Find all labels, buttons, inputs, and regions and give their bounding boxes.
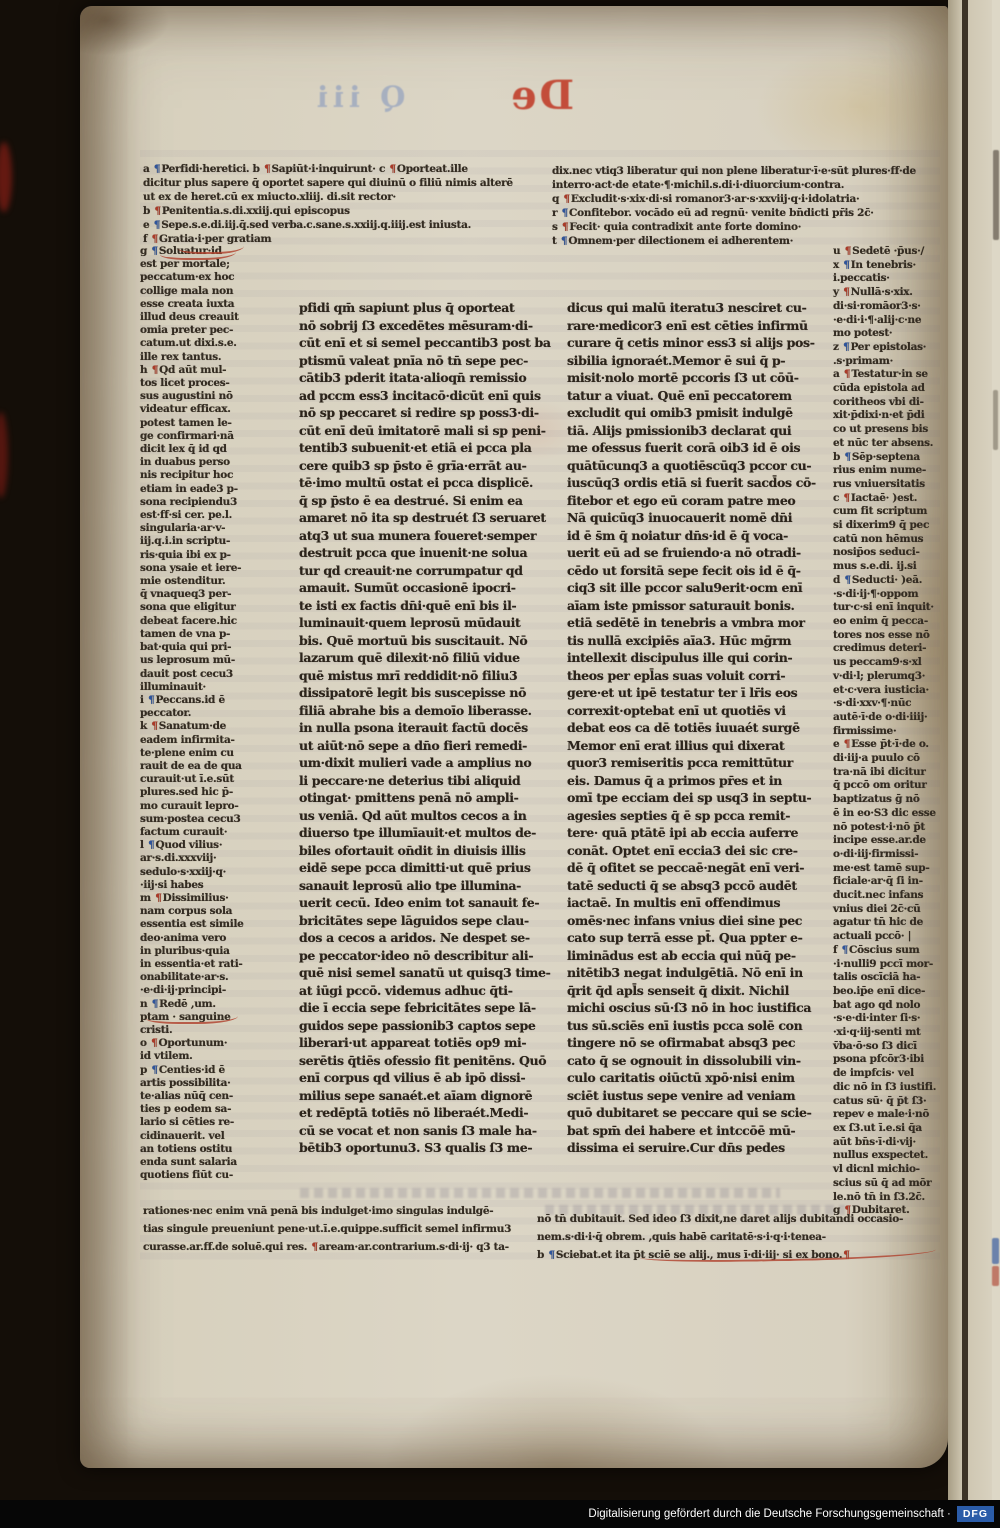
text-line: e ¶Sepe.s.e.di.iij.q̄.sed verba.c.sane.s…	[143, 218, 533, 232]
text-line: xit·p̄dixi·n·et p̄di	[833, 409, 943, 423]
next-page-red-text-sliver	[992, 1266, 999, 1286]
text-line: repev e male·i·nō	[833, 1108, 943, 1122]
blue-pilcrow-icon: ¶	[153, 219, 161, 231]
text-line: ties p eodem sa-	[140, 1103, 298, 1116]
text-line: Memor enī erat illius qui dixerat	[567, 737, 810, 755]
blue-pilcrow-icon: ¶	[560, 235, 568, 247]
text-line: correxit·optebat enī ut quotiēs vi	[567, 702, 810, 720]
text-line: debat eos ca dē totiēs iuuaét surgē	[567, 719, 810, 737]
dfg-logo: DFG	[957, 1506, 994, 1522]
text-line: rare·medicor3 enī est cēties infirmū	[567, 317, 810, 335]
text-line: f ¶Gratia·i·per gratiam	[143, 232, 533, 246]
text-line: aīam iste pmissor saturauit bonis.	[567, 597, 810, 615]
text-line: rauit de ea de qua	[140, 760, 298, 773]
text-line: quē mistus mrī reddidit·nō filiu3	[299, 667, 529, 685]
text-line: ·e·di·ij·principi-	[140, 984, 298, 997]
text-line: bat ago qd nolo	[833, 999, 943, 1013]
dfg-credit-bar: Digitalisierung gefördert durch die Deut…	[0, 1500, 1000, 1528]
text-line: di·si·romāor3·s·	[833, 300, 943, 314]
text-line: co ut presens bis	[833, 423, 943, 437]
text-line: vnius diei 2c̄·cū	[833, 903, 943, 917]
text-line: me ofessus fuerit corā oib3 id ē ois	[567, 439, 810, 457]
text-line: potest tamen le-	[140, 417, 298, 430]
text-line: pe peccator·ideo nō describitur ali-	[299, 947, 529, 965]
text-line: ·e·di·i·¶·alij·c·ne	[833, 314, 943, 328]
text-line: cidinauerit. vel	[140, 1130, 298, 1143]
red-pilcrow-icon: ¶	[154, 892, 162, 904]
text-line: catus sū· q̄ p̄t ſ3·	[833, 1095, 943, 1109]
text-line: curauit·ut ī.e.sūt	[140, 773, 298, 786]
text-line: in essentia·et rati-	[140, 958, 298, 971]
text-line: nullus exspectet.	[833, 1149, 943, 1163]
text-line: ·s·di·ij·¶·oppom	[833, 588, 943, 602]
text-line: sciēt iustus sepe venire ad veniam	[567, 1087, 810, 1105]
text-line: k ¶Sanatum·de	[140, 720, 298, 733]
text-line: ·iij·si habes	[140, 879, 298, 892]
text-line: omia preter pec-	[140, 324, 298, 337]
text-line: milius sepe sanaét.et aīam dignorē	[299, 1087, 529, 1105]
red-pilcrow-icon: ¶	[388, 163, 396, 175]
text-line: et·c·vera iusticia·	[833, 684, 943, 698]
text-line: filiā abrahe bis a demoīo liberasse.	[299, 702, 529, 720]
text-line: sona que eligitur	[140, 601, 298, 614]
text-line: iuscūq3 ordis etiā si fuerit sacd̄os cō-	[567, 474, 810, 492]
text-line: tores nos esse nō	[833, 629, 943, 643]
blue-pilcrow-icon: ¶	[153, 163, 161, 175]
text-line: .s·primam·	[833, 355, 943, 369]
text-line: dicitur plus sapere q̄ oportet sapere qu…	[143, 176, 533, 190]
showthrough-quire-mark: Q iii	[312, 80, 405, 114]
text-line: guidos sepe passionib3 captos sepe	[299, 1017, 529, 1035]
text-line: theos per epl̄as suas voluit corri-	[567, 667, 810, 685]
text-line: baptizatus ḡ nō	[833, 793, 943, 807]
verso-showthrough-line	[300, 1188, 780, 1198]
text-line: uerit eū ad se fruiendo·a nō otradi-	[567, 544, 810, 562]
text-line: n ¶Redē ,um.	[140, 998, 298, 1011]
text-line: lario si cēties re-	[140, 1116, 298, 1129]
text-line: nō sobrij ſ3 excedētes mēsuram·di-	[299, 317, 529, 335]
text-line: sus augustini nō	[140, 390, 298, 403]
red-pilcrow-icon: ¶	[843, 738, 851, 750]
text-line: dic nō in ſ3 iustifi.	[833, 1081, 943, 1095]
text-line: f ¶Cōscius sum	[833, 944, 943, 958]
text-line: factum curauit·	[140, 826, 298, 839]
text-line: beo.ip̄e enī dice-	[833, 985, 943, 999]
text-line: uerit cecū. Ideo enim tot sanauit fe-	[299, 894, 529, 912]
text-line: v·di·l; plerumq3·	[833, 670, 943, 684]
text-line: destruit pcca que inuenit·ne solua	[299, 544, 529, 562]
text-line: us veniā. Qd aūt multos cecos a in	[299, 807, 529, 825]
text-line: debeat facere.hic	[140, 615, 298, 628]
text-line: eo enim q̄ pecca-	[833, 615, 943, 629]
blue-pilcrow-icon: ¶	[547, 1249, 555, 1261]
text-line: cātib3 pderit itata·alioqn̄ remissio	[299, 369, 529, 387]
text-line: nis recipitur hoc	[140, 469, 298, 482]
blue-pilcrow-icon: ¶	[841, 944, 849, 956]
text-line: atq3 ut sua munera foueret·semper	[299, 527, 529, 545]
text-line: c ¶Iactaē· )est.	[833, 492, 943, 506]
text-line: ar·s.di.xxxviij·	[140, 852, 298, 865]
text-line: sibilia ignoraét.Memor ē sui q̄ p-	[567, 352, 810, 370]
text-line: michi oscius sū·ſ3 nō in hoc iustifica	[567, 999, 810, 1017]
text-line: Nā quicūq3 inuocauerit nomē dn̄i	[567, 509, 810, 527]
showthrough-running-title: De	[508, 72, 574, 119]
text-line: ille rex tantus.	[140, 351, 298, 364]
text-line: vl dicnl michio-	[833, 1163, 943, 1177]
text-line: cēdo ut forsitā sepe fecit ois id ē q̄-	[567, 562, 810, 580]
text-line: tatur a viuat. Quē enī peccatorem	[567, 387, 810, 405]
text-line: tus sū.sciēs enī iustis pcca solē con	[567, 1017, 810, 1035]
text-line: ex ſ3.ut ī.e.si q̄a	[833, 1122, 943, 1136]
text-line: in pluribus·quia	[140, 945, 298, 958]
text-line: tias singule preueniunt pene·ut.ī.e.quip…	[143, 1220, 535, 1238]
text-line: quē nisi semel sanatū ut quisq3 time-	[299, 964, 529, 982]
text-line: serētis q̄tiēs ofessio fit penitēns. Quō	[299, 1052, 529, 1070]
text-line: omī tpe ecciam dei sp usq3 in septu-	[567, 789, 810, 807]
text-line: rius enim nume-	[833, 464, 943, 478]
text-line: ris·quia ibi ex p-	[140, 549, 298, 562]
text-line: mo curauit lepro-	[140, 800, 298, 813]
text-line: dix.nec vtiq3 liberatur qui non plene li…	[552, 164, 942, 178]
text-line: tatē seducti q̄ se absq3 pccō audēt	[567, 877, 810, 895]
text-line: le.nō tn̄ in ſ3.2c̄.	[833, 1191, 943, 1205]
text-line: scius sū q̄ ad mōr	[833, 1177, 943, 1191]
next-page-text-sliver	[993, 150, 999, 240]
text-line: id ē s̄m q̄ noiatur dn̄s·id ē q̄ voca-	[567, 527, 810, 545]
text-line: ē in eo·S3 dic esse	[833, 807, 943, 821]
text-line: ·s·di·xxv·¶·nūc	[833, 697, 943, 711]
text-line: nō tn̄ dubitauit. Sed ideo ſ3 dixit,ne d…	[537, 1210, 935, 1228]
text-line: illuminauit·	[140, 681, 298, 694]
text-line: videatur efficax.	[140, 403, 298, 416]
text-line: si dixerim9 q̄ pec	[833, 519, 943, 533]
text-line: et redēptā totiēs nō liberaét.Medi-	[299, 1104, 529, 1122]
text-line: coritheos vbi di-	[833, 396, 943, 410]
text-line: artis possibilita·	[140, 1077, 298, 1090]
text-line: intellexit discipulus ille qui corin-	[567, 649, 810, 667]
text-line: tere· quā ptātē ipi ab eccia auferre	[567, 824, 810, 842]
blue-pilcrow-icon: ¶	[150, 245, 158, 257]
text-line: de impfcis· vel	[833, 1067, 943, 1081]
text-line: dos a cecos a aridos. Ne despet se-	[299, 929, 529, 947]
text-line: tur·c·si enī inquit·	[833, 601, 943, 615]
blue-pilcrow-icon: ¶	[842, 341, 850, 353]
text-line: enda sunt salaria	[140, 1156, 298, 1169]
text-line: conāt. Optet enī eccia3 dei sic cre-	[567, 842, 810, 860]
text-line: me·est tamē sup-	[833, 862, 943, 876]
text-line: cristi.	[140, 1024, 298, 1037]
text-line: ut ex de heret.cū ex miucto.xliij. di.si…	[143, 190, 533, 204]
text-line: dauit post cecu3	[140, 668, 298, 681]
text-line: q̄rit q̄d apl̄s senseit q̄ dixit. Nichil	[567, 982, 810, 1000]
text-line: ducit.nec infans	[833, 889, 943, 903]
text-line: catū non hēmus	[833, 533, 943, 547]
photograph-of-open-book: Q iii De a ¶Perfidi·heretici. b ¶Sapiūt·…	[0, 0, 1000, 1528]
gloss-left-margin: g ¶Soluatur·idest per mortale;peccatum·e…	[140, 245, 298, 1182]
text-line: bricitātes sepe lāguidos sepe clau-	[299, 912, 529, 930]
red-pilcrow-icon: ¶	[562, 193, 570, 205]
page-edge	[948, 0, 962, 1500]
text-line: pfidi qm̄ sapiunt plus q̄ oporteat	[299, 299, 529, 317]
text-line: nō potest·i·nō p̄t	[833, 821, 943, 835]
text-line: etiam in eade3 p-	[140, 483, 298, 496]
blue-pilcrow-icon: ¶	[843, 451, 851, 463]
text-line: tē·imo multū ostat ei pcca displicē.	[299, 474, 529, 492]
text-line: ficiale·ar·q̄ ſi in-	[833, 875, 943, 889]
text-line: cūt enī et si semel peccantib3 post ba	[299, 334, 529, 352]
text-line: dē q̄ ofitet se peccaē·negāt enī veri-	[567, 859, 810, 877]
text-line: bat spm̄ dei habere et intccōē mū-	[567, 1122, 810, 1140]
text-line: q̄ pccō om oritur	[833, 779, 943, 793]
text-line: z ¶Per epistolas·	[833, 341, 943, 355]
text-line: nō sp peccaret si redire sp poss3·di-	[299, 404, 529, 422]
gloss-top-right: dix.nec vtiq3 liberatur qui non plene li…	[552, 164, 942, 248]
text-line: liminādus est ab eccia qui nūq̄ pe-	[567, 947, 810, 965]
gloss-right-margin: u ¶Sedetē ·p̄us·/x ¶In tenebris·i.peccat…	[833, 245, 943, 1218]
text-line: eadem infirmita-	[140, 734, 298, 747]
text-line: sum·postea cecu3	[140, 813, 298, 826]
red-pilcrow-icon: ¶	[150, 1037, 158, 1049]
text-line: te·alias nūq̄ cen-	[140, 1090, 298, 1103]
text-line: q ¶Excludit·s·xix·di·si romanor3·ar·s·xx…	[552, 192, 942, 206]
text-line: y ¶Nullā·s·xix.	[833, 286, 943, 300]
text-line: te isti ex factis dn̄i·quē enī bis il-	[299, 597, 529, 615]
text-line: talis oscīciā ha-	[833, 971, 943, 985]
text-line: actuali pccō· |	[833, 930, 943, 944]
text-line: curasse.ar.ff.de soluē.qui res. ¶aream·a…	[143, 1238, 535, 1256]
text-line: dicus qui malū iteratu3 nesciret cu-	[567, 299, 810, 317]
blue-pilcrow-icon: ¶	[151, 998, 159, 1010]
text-line: quotiens fiūt cu-	[140, 1169, 298, 1182]
text-line: agatur tn̄ hic de	[833, 916, 943, 930]
text-line: quor3 remiseritis pcca remittūtur	[567, 754, 810, 772]
text-line: e ¶Esse p̄t·ī·de o.	[833, 738, 943, 752]
text-line: rus vniuersitatis	[833, 478, 943, 492]
text-line: cū se vocat et non sanis ſ3 male ha-	[299, 1122, 529, 1140]
text-line: q̄ sp p̄sto ē ea destrué. Si enim ea	[299, 492, 529, 510]
text-line: tis nullā excipiēs aīa3. Hūc mḡrm	[567, 632, 810, 650]
text-line: eis. Damus q̄ a primos pr̄es et in	[567, 772, 810, 790]
red-pilcrow-icon: ¶	[844, 245, 852, 257]
text-line: ut aiūt·nō sepe a dn̄o fieri remedi-	[299, 737, 529, 755]
text-line: collige mala non	[140, 285, 298, 298]
text-line: h ¶Qd aūt mul-	[140, 364, 298, 377]
text-line: credimus deteri-	[833, 642, 943, 656]
text-line: die ī eccia sepe febricitātes sepe lā-	[299, 999, 529, 1017]
next-page-blue-initial-sliver	[992, 1238, 999, 1264]
text-line: te·plene enim cu	[140, 747, 298, 760]
text-line: li peccare·ne deterius tibi aliquid	[299, 772, 529, 790]
text-line: tiā. Alijs pmissionib3 declarat qui	[567, 422, 810, 440]
text-line: tamen de vna p-	[140, 628, 298, 641]
text-line: amauit. Sumūt occasionē ipocri-	[299, 579, 529, 597]
text-line: d ¶Seducti· )eā.	[833, 574, 943, 588]
text-line: tra·nā ibi dicitur	[833, 766, 943, 780]
text-line: culo caritatis oiūctū xpō·nisi enim	[567, 1069, 810, 1087]
text-line: iactaē. In multis enī offendimus	[567, 894, 810, 912]
text-line: iij.q.i.in scriptu-	[140, 535, 298, 548]
text-line: psona pfcōr3·ibi	[833, 1053, 943, 1067]
text-line: est per mortale;	[140, 258, 298, 271]
text-line: an totiens ostitu	[140, 1143, 298, 1156]
text-line: esse creata iuxta	[140, 298, 298, 311]
text-line: est·ff·si cer. pe.l.	[140, 509, 298, 522]
text-line: q̄ vnaqueq3 per-	[140, 588, 298, 601]
text-line: interro·act·de etate·¶·michil.s.di·i·diu…	[552, 178, 942, 192]
text-line: incipe esse.ar.de	[833, 834, 943, 848]
red-pilcrow-icon: ¶	[842, 286, 850, 298]
text-line: cūt enī deū imitatorē mali si sp peni-	[299, 422, 529, 440]
text-line: a ¶Perfidi·heretici. b ¶Sapiūt·i·inquiru…	[143, 162, 533, 176]
text-line: m ¶Dissimilius·	[140, 892, 298, 905]
text-line: at iūgi pccō. videmus adhuc q̄ti-	[299, 982, 529, 1000]
text-line: u ¶Sedetē ·p̄us·/	[833, 245, 943, 259]
text-line: in nulla psona iterauit factū docēs	[299, 719, 529, 737]
text-line: b ¶Penitentia.s.di.xxiij.qui episcopus	[143, 204, 533, 218]
text-line: mus s.e.di. ij.si	[833, 560, 943, 574]
text-line: excludit qui omib3 pmisit indulgē	[567, 404, 810, 422]
text-line: deo·anima vero	[140, 932, 298, 945]
text-line: bis. Quē mortuū bis suscitauit. Nō	[299, 632, 529, 650]
red-pilcrow-icon: ¶	[561, 221, 569, 233]
text-line: o·di·iij·firmissi-	[833, 848, 943, 862]
text-line: dissipatorē legit bis suscepisse nō	[299, 684, 529, 702]
text-line: enī corpus qd vilius ē ab ipō dissi-	[299, 1069, 529, 1087]
text-line: ·i·nulli9 pccī mor-	[833, 958, 943, 972]
red-edge-smudge	[0, 412, 8, 498]
text-line: nam corpus sola	[140, 905, 298, 918]
text-line: p ¶Centies·id ē	[140, 1064, 298, 1077]
text-column-2: dicus qui malū iteratu3 nesciret cu-rare…	[567, 299, 810, 1157]
red-pilcrow-icon: ¶	[153, 205, 161, 217]
text-line: dissima ei seruire.Cur dn̄s pedes	[567, 1139, 810, 1157]
red-pilcrow-icon: ¶	[843, 368, 851, 380]
text-line: essentia est simile	[140, 918, 298, 931]
text-line: et nūc ter absens.	[833, 437, 943, 451]
text-line: etiā sedētē in tenebris a vmbra mor	[567, 614, 810, 632]
text-line: nosip̄os seduci-	[833, 546, 943, 560]
text-line: tingere nō se ofirmabat absq3 pec	[567, 1034, 810, 1052]
text-line: autē·ī·de o·di·iiij·	[833, 711, 943, 725]
text-line: i ¶Peccans.id ē	[140, 694, 298, 707]
red-pilcrow-icon: ¶	[151, 364, 159, 376]
text-line: s ¶Fecit· quia contradixit ante forte do…	[552, 220, 942, 234]
text-line: us peccam9·s·xl	[833, 656, 943, 670]
red-pilcrow-icon: ¶	[843, 492, 851, 504]
text-line: dicit lex q̄ id qd	[140, 443, 298, 456]
text-line: bētib3 oportunu3. S3 qualis ſ3 me-	[299, 1139, 529, 1157]
text-line: illud deus creauit	[140, 311, 298, 324]
red-pilcrow-icon: ¶	[150, 720, 158, 732]
text-column-1: pfidi qm̄ sapiunt plus q̄ oporteatnō sob…	[299, 299, 529, 1157]
text-line: lazarum quē dilexit·nō filiū vidue	[299, 649, 529, 667]
text-line: fitebor et ego eū coram patre meo	[567, 492, 810, 510]
text-line: curare q̄ cetis minor ess3 si alijs pos-	[567, 334, 810, 352]
text-line: agesies septies q̄ ē sp pcca remit-	[567, 807, 810, 825]
text-line: diuerso tpe illumīauit·et multos de-	[299, 824, 529, 842]
text-line: singularia·ar·v-	[140, 522, 298, 535]
credit-text: Digitalisierung gefördert durch die Deut…	[588, 1508, 950, 1520]
text-line: catum.ut dixi.s.e.	[140, 337, 298, 350]
text-line: cato q̄ se ognouit in dissolubili vin-	[567, 1052, 810, 1070]
text-line: rationes·nec enim vnā penā bis indulget·…	[143, 1202, 535, 1220]
text-line: l ¶Quod vilius·	[140, 839, 298, 852]
text-line: tentib3 subuenit·et etiā ei pcca pla	[299, 439, 529, 457]
text-line: luminauit·quem leprosū mūdauit	[299, 614, 529, 632]
text-line: mo potest·	[833, 327, 943, 341]
text-line: peccator.	[140, 707, 298, 720]
blue-pilcrow-icon: ¶	[147, 839, 155, 851]
text-line: ge confirmari·nā	[140, 430, 298, 443]
text-line: id vtilem.	[140, 1050, 298, 1063]
text-line: i.peccatis·	[833, 272, 943, 286]
text-line: biles ofortauit on̄dit in diuisis illis	[299, 842, 529, 860]
blue-pilcrow-icon: ¶	[561, 207, 569, 219]
text-line: b ¶Sēp·septena	[833, 451, 943, 465]
text-line: sona recipiendu3	[140, 496, 298, 509]
text-line: nem.s·di·i·q̄ obrem. ,quis habē caritatē…	[537, 1228, 935, 1246]
text-line: liberari·ut appareat totiēs op9 mi-	[299, 1034, 529, 1052]
text-line: cum fit scriptum	[833, 505, 943, 519]
blue-pilcrow-icon: ¶	[150, 1064, 158, 1076]
text-line: ptismū valeat pnīa nō tn̄ sepe pec-	[299, 352, 529, 370]
text-line: onabilitate·ar·s.	[140, 971, 298, 984]
text-line: us leprosum mū-	[140, 654, 298, 667]
text-line: plures.sed hic p̄-	[140, 786, 298, 799]
text-line: gere·et ut ipē testatur ter ī lr̄is eos	[567, 684, 810, 702]
text-line: ciq3 sit ille pccor salu9erit·ocm enī	[567, 579, 810, 597]
text-line: di·iij·a puulo cō	[833, 752, 943, 766]
text-line: misit·nolo mortē pccoris ſ3 ut cōū-	[567, 369, 810, 387]
text-line: sedulo·s·xxiij·q·	[140, 866, 298, 879]
text-line: ad pccm ess3 incitacō·dicūt enī quis	[299, 387, 529, 405]
text-line: ·xi·q·iij·senti mt	[833, 1026, 943, 1040]
gloss-top-left: a ¶Perfidi·heretici. b ¶Sapiūt·i·inquiru…	[143, 162, 533, 246]
text-line: in duabus perso	[140, 456, 298, 469]
text-line: quātūcunq3 a quotiēscūq3 pccor cu-	[567, 457, 810, 475]
blue-pilcrow-icon: ¶	[842, 259, 850, 271]
text-line: nitētib3 negat indulgētiā. Nō enī in	[567, 964, 810, 982]
red-pilcrow-icon: ¶	[263, 163, 271, 175]
text-line: quō dubitaret se peccare qui se scie-	[567, 1104, 810, 1122]
text-line: a ¶Testatur·in se	[833, 368, 943, 382]
red-pilcrow-icon: ¶	[311, 1241, 319, 1253]
text-line: eidē sepe pcca dimitti·ut quē prius	[299, 859, 529, 877]
text-line: r ¶Confitebor. vocādo eū ad regnū· venit…	[552, 206, 942, 220]
text-line: sanauit leprosū alio tpe illumina-	[299, 877, 529, 895]
fore-edge-pages	[968, 0, 992, 1500]
text-line: omēs·nec infans vnius diei sine pec	[567, 912, 810, 930]
text-line: aūt bn̄s·ī·di·vij·	[833, 1136, 943, 1150]
text-line: x ¶In tenebris·	[833, 259, 943, 273]
red-edge-smudge	[0, 142, 12, 212]
text-line: cere quib3 sp p̄sto ē grīa·errāt au-	[299, 457, 529, 475]
text-line: bat·quia qui pri-	[140, 641, 298, 654]
text-line: o ¶Oportunum·	[140, 1037, 298, 1050]
red-pilcrow-icon: ¶	[151, 233, 159, 245]
text-line: um·dixit mulieri vade a amplius no	[299, 754, 529, 772]
blue-pilcrow-icon: ¶	[843, 574, 851, 586]
text-line: sona ysaie et iere-	[140, 562, 298, 575]
text-line: cato sup terrā esse pt̄. Qua ppter e-	[567, 929, 810, 947]
text-line: otingat· pmittens penā nō ampli-	[299, 789, 529, 807]
text-line: tos licet proces-	[140, 377, 298, 390]
text-line: cūda epistola ad	[833, 382, 943, 396]
blue-pilcrow-icon: ¶	[147, 694, 155, 706]
text-line: firmissime·	[833, 725, 943, 739]
gloss-bottom-left: rationes·nec enim vnā penā bis indulget·…	[143, 1202, 535, 1256]
text-line: v̄ba·ō·so ſ3 dicī	[833, 1040, 943, 1054]
